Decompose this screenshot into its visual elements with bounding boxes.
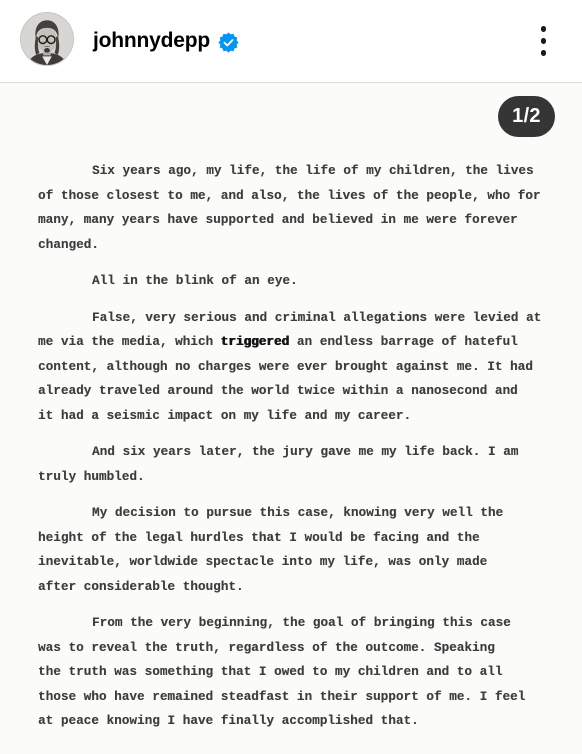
letter-paragraph: And six years later, the jury gave me my… (38, 440, 564, 489)
letter-line: of those closest to me, and also, the li… (38, 184, 564, 209)
post-header: johnnydepp (0, 0, 582, 83)
username[interactable]: johnnydepp (93, 29, 210, 53)
post-image[interactable]: Six years ago, my life, the life of my c… (0, 83, 582, 754)
letter-paragraph: Six years ago, my life, the life of my c… (38, 159, 564, 257)
verified-badge-icon (218, 32, 239, 53)
kebab-dot-icon (541, 38, 547, 44)
letter-line: Six years ago, my life, the life of my c… (38, 159, 564, 184)
letter-paragraph: My decision to pursue this case, knowing… (38, 501, 564, 599)
letter-line: inevitable, worldwide spectacle into my … (38, 550, 564, 575)
letter-line: False, very serious and criminal allegat… (38, 306, 564, 331)
letter-line: From the very beginning, the goal of bri… (38, 611, 564, 636)
letter-line: was to reveal the truth, regardless of t… (38, 636, 564, 661)
letter-paragraph: False, very serious and criminal allegat… (38, 306, 564, 429)
letter-paragraph: All in the blink of an eye. (38, 269, 564, 294)
letter-line: And six years later, the jury gave me my… (38, 440, 564, 465)
letter-paragraph: From the very beginning, the goal of bri… (38, 611, 564, 734)
letter-line: content, although no charges were ever b… (38, 355, 564, 380)
profile-avatar[interactable] (20, 12, 74, 66)
letter-line: All in the blink of an eye. (38, 269, 564, 294)
carousel-page-indicator: 1/2 (498, 96, 555, 137)
more-options-button[interactable] (535, 20, 553, 62)
kebab-dot-icon (541, 26, 547, 32)
letter-line: already traveled around the world twice … (38, 379, 564, 404)
letter-line: after considerable thought. (38, 575, 564, 600)
letter-line: at peace knowing I have finally accompli… (38, 709, 564, 734)
kebab-dot-icon (541, 50, 547, 56)
letter-line: height of the legal hurdles that I would… (38, 526, 564, 551)
instagram-post-view: johnnydepp Six years ago, my life, the l… (0, 0, 582, 754)
letter-line: changed. (38, 233, 564, 258)
letter-line: many, many years have supported and beli… (38, 208, 564, 233)
letter-line: the truth was something that I owed to m… (38, 660, 564, 685)
letter-text: me via the media, which (38, 334, 221, 349)
letter-line: those who have remained steadfast in the… (38, 685, 564, 710)
profile-photo (21, 13, 73, 65)
letter-line: truly humbled. (38, 465, 564, 490)
letter-text-bold: triggered (221, 334, 290, 349)
letter-line: My decision to pursue this case, knowing… (38, 501, 564, 526)
letter-line: me via the media, which triggered an end… (38, 330, 564, 355)
letter-line: it had a seismic impact on my life and m… (38, 404, 564, 429)
letter-text: an endless barrage of hateful (289, 334, 517, 349)
